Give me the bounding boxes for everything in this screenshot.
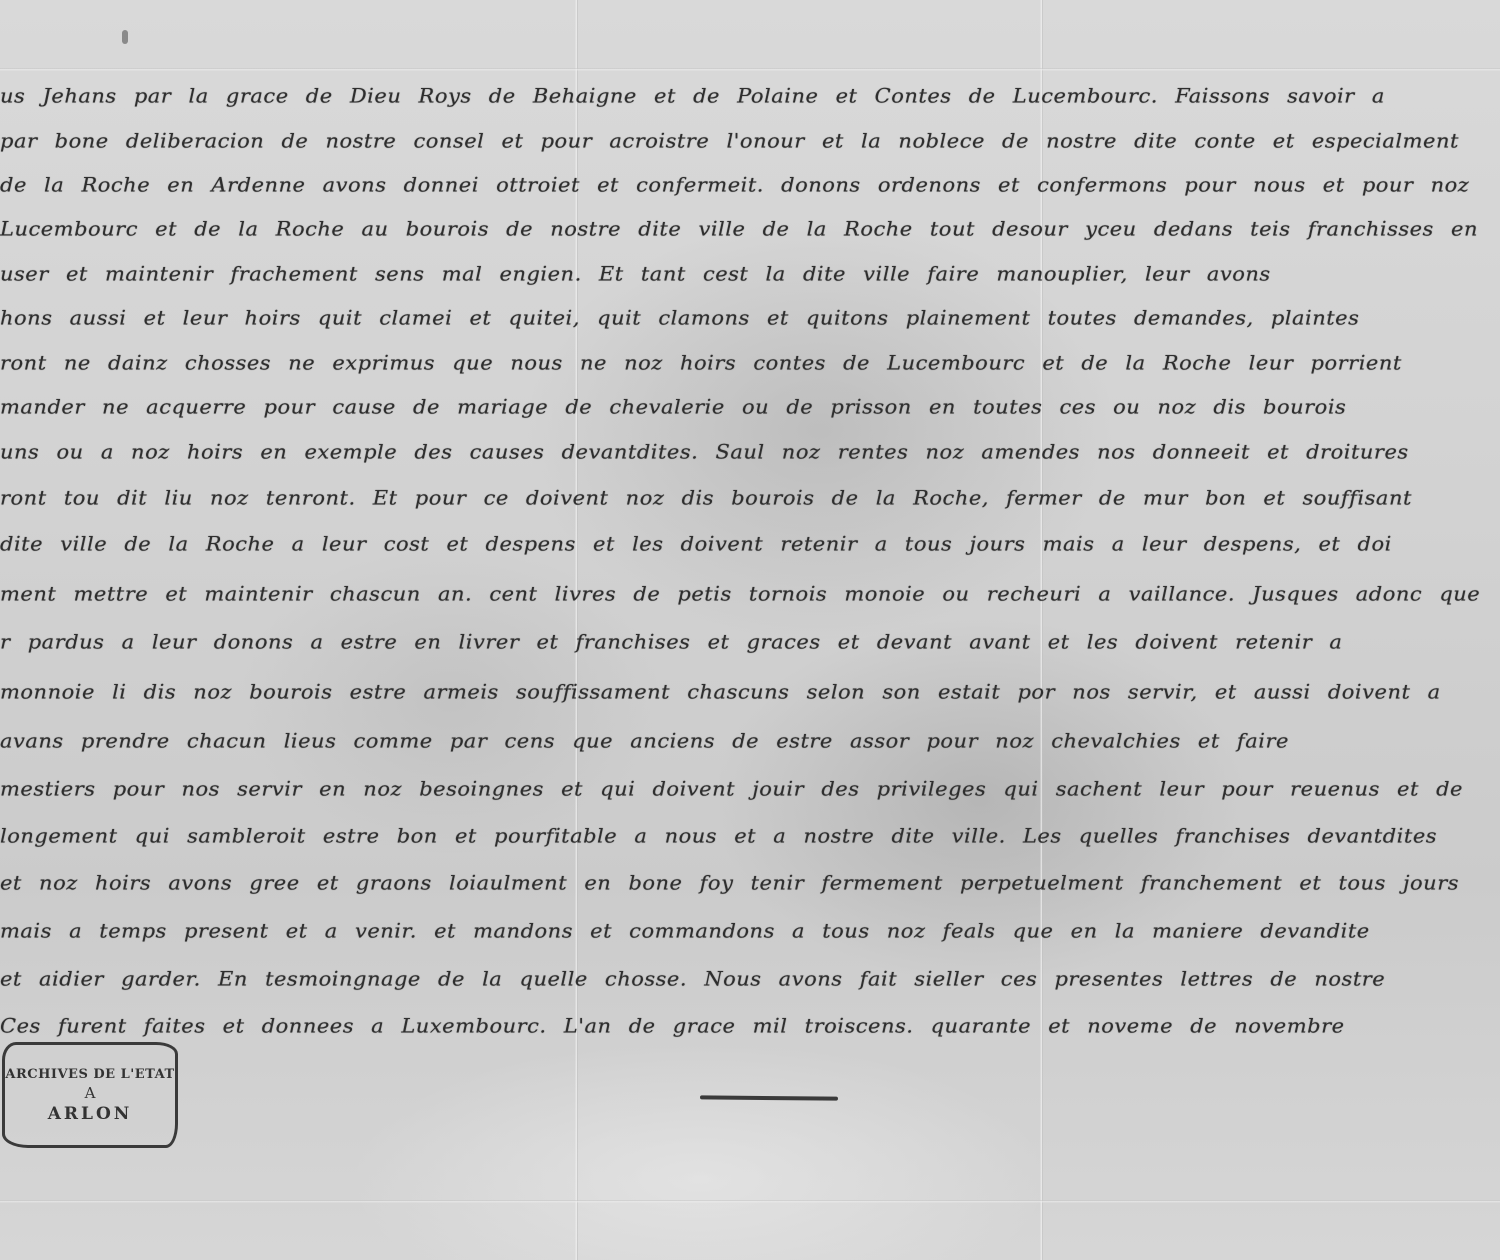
manuscript-line: de la Roche en Ardenne avons donnei ottr… xyxy=(0,174,1469,197)
manuscript-line: longement qui sambleroit estre bon et po… xyxy=(0,825,1437,848)
manuscript-line: r pardus a leur donons a estre en livrer… xyxy=(0,631,1342,654)
manuscript-line: ront tou dit liu noz tenront. Et pour ce… xyxy=(0,487,1412,510)
manuscript-line: par bone deliberacion de nostre consel e… xyxy=(0,130,1459,153)
fold-crease-horizontal xyxy=(0,68,1500,71)
manuscript-line: et aidier garder. En tesmoingnage de la … xyxy=(0,968,1385,991)
manuscript-line: mander ne acquerre pour cause de mariage… xyxy=(0,396,1346,419)
stamp-text-archives: ARCHIVES DE L'ETAT xyxy=(5,1067,174,1082)
stamp-text-a: A xyxy=(85,1084,96,1102)
archive-stamp: ARCHIVES DE L'ETAT A ARLON xyxy=(2,1042,178,1148)
manuscript-line: Lucembourc et de la Roche au bourois de … xyxy=(0,218,1478,241)
manuscript-line: et noz hoirs avons gree et graons loiaul… xyxy=(0,872,1459,895)
manuscript-line: Ces furent faites et donnees a Luxembour… xyxy=(0,1015,1345,1038)
manuscript-line: ment mettre et maintenir chascun an. cen… xyxy=(0,583,1480,606)
manuscript-line: ront ne dainz chosses ne exprimus que no… xyxy=(0,352,1402,375)
manuscript-line: mestiers pour nos servir en noz besoingn… xyxy=(0,778,1463,801)
manuscript-line: us Jehans par la grace de Dieu Roys de B… xyxy=(0,85,1385,108)
manuscript-line: avans prendre chacun lieus comme par cen… xyxy=(0,730,1289,753)
manuscript-line: monnoie li dis noz bourois estre armeis … xyxy=(0,681,1441,704)
stamp-text-arlon: ARLON xyxy=(48,1104,133,1124)
ink-speck xyxy=(122,30,128,44)
fold-crease-horizontal xyxy=(0,1200,1500,1203)
manuscript-line: uns ou a noz hoirs en exemple des causes… xyxy=(0,441,1409,464)
manuscript-line: hons aussi et leur hoirs quit clamei et … xyxy=(0,307,1359,330)
manuscript-line: mais a temps present et a venir. et mand… xyxy=(0,920,1370,943)
manuscript-line: dite ville de la Roche a leur cost et de… xyxy=(0,533,1392,556)
manuscript-line: user et maintenir frachement sens mal en… xyxy=(0,263,1271,286)
